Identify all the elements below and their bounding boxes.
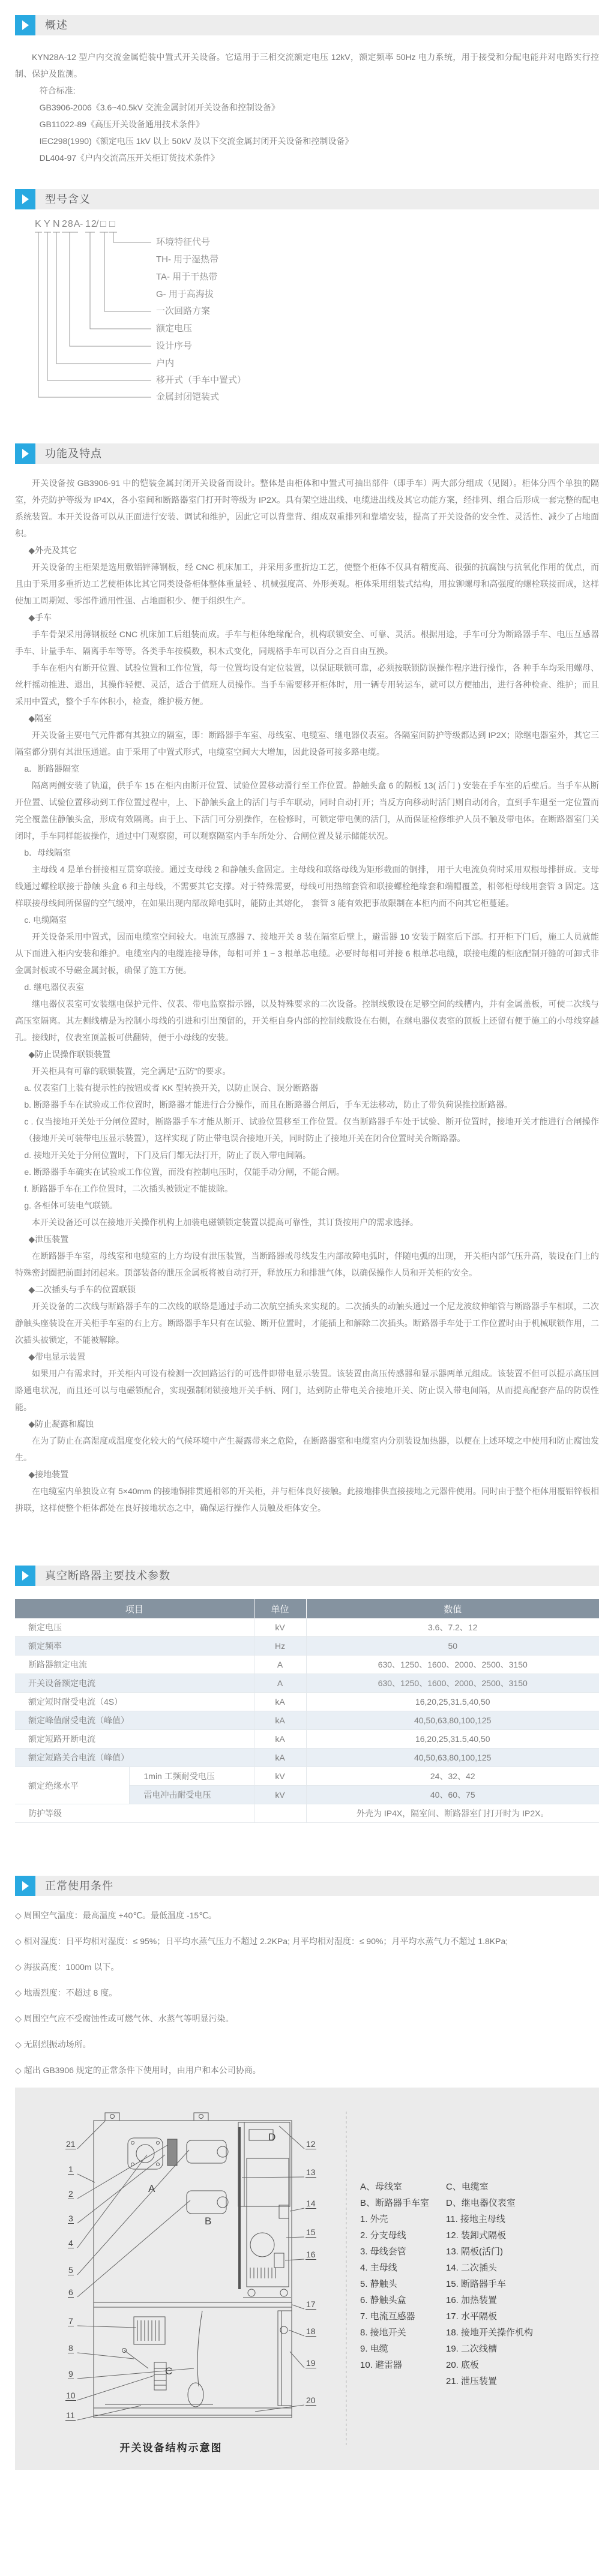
section-marker-icon xyxy=(15,443,35,464)
section-params: 真空断路器主要技术参数 项目 单位 数值 额定电压 kV 3.6、7.2、12 … xyxy=(0,1566,614,1823)
feature-paragraph: 如果用户有需求时，开关柜内可设有检测一次回路运行的可选件即带电显示装置。该装置由… xyxy=(15,1365,599,1416)
feature-paragraph: 开关设备采用中置式，因而电缆室空间较大。电流互感器 7、接地开关 8 装在隔室后… xyxy=(15,928,599,979)
feature-paragraph: 手车骨架采用薄钢板经 CNC 机床加工后组装而成。手车与柜体绝缘配合，机构联锁安… xyxy=(15,626,599,659)
callout-number: 19 xyxy=(305,2358,316,2368)
feature-paragraph: ◆带电显示装置 xyxy=(15,1348,599,1365)
model-code-diagram: KYN28A-12/□□ 环境特征代号TH- 用于湿热带TA- 用于干热带G- … xyxy=(0,218,614,417)
model-code-token: □ xyxy=(100,219,107,230)
feature-paragraph: b. 断路器手车在试验或工作位置时，断路器才能进行合分操作，而且在断路器合闸后，… xyxy=(15,1096,599,1113)
param-value: 40、60、75 xyxy=(306,1786,599,1804)
param-unit: kA xyxy=(254,1749,306,1767)
model-label: TH- 用于湿热带 xyxy=(156,254,218,266)
param-unit: kV xyxy=(254,1786,306,1804)
callout-number: 17 xyxy=(305,2299,316,2310)
model-code-token: / xyxy=(96,219,99,230)
legend-item: 1. 外壳 xyxy=(360,2211,429,2227)
param-value: 50 xyxy=(306,1637,599,1656)
standard-item: GB3906-2006《3.6~40.5kV 交流金属封闭开关设备和控制设备》 xyxy=(15,99,599,116)
feature-paragraph: g. 各柜体可装电气联锁。 xyxy=(15,1197,599,1214)
callout-number: 12 xyxy=(305,2139,316,2149)
callout-number: 18 xyxy=(305,2326,316,2337)
legend-item: D、继电器仪表室 xyxy=(446,2195,533,2211)
model-label: G- 用于高海拔 xyxy=(156,289,214,301)
model-code-lines xyxy=(0,218,614,417)
standards-label: 符合标准: xyxy=(15,82,599,99)
col-item: 项目 xyxy=(15,1599,254,1618)
param-item: 额定绝缘水平 xyxy=(15,1767,129,1804)
feature-paragraph: 开关设备的主柜架是选用敷铝锌薄钢板，经 CNC 机床加工，并采用多重折边工艺，使… xyxy=(15,559,599,609)
feature-paragraph: 手车在柜内有断开位置、试验位置和工作位置，每一位置均设有定位装置，以保证联锁可靠… xyxy=(15,659,599,710)
model-label: 移开式（手车中置式） xyxy=(156,374,246,386)
model-code-token: 12 xyxy=(85,219,97,230)
model-code-token: N xyxy=(53,219,61,230)
callout-number: 10 xyxy=(65,2391,76,2401)
feature-paragraph: d. 继电器仪表室 xyxy=(15,979,599,995)
param-unit: kV xyxy=(254,1767,306,1786)
param-item: 防护等级 xyxy=(15,1804,254,1823)
feature-paragraph: c . 仅当接地开关处于分闸位置时，断路器手车才能从断开、试验位置移至工作位置。… xyxy=(15,1113,599,1147)
section-header-conditions: 正常使用条件 xyxy=(15,1876,599,1896)
features-blocks: 开关设备按 GB3906-91 中的铠装金属封闭开关设备而设计。整体是由柜体和中… xyxy=(0,475,614,1516)
feature-paragraph: ◆泄压装置 xyxy=(15,1231,599,1247)
section-header-features: 功能及特点 xyxy=(15,443,599,464)
legend-item: 11. 接地主母线 xyxy=(446,2211,533,2227)
feature-paragraph: ◆防止凝露和腐蚀 xyxy=(15,1416,599,1432)
legend-item: 4. 主母线 xyxy=(360,2260,429,2276)
feature-paragraph: 开关柜具有可靠的联锁装置，完全满足“五防”的要求。 xyxy=(15,1063,599,1079)
param-value: 630、1250、1600、2000、2500、3150 xyxy=(306,1656,599,1674)
model-code-token: 28A xyxy=(62,219,80,230)
callout-number: 8 xyxy=(68,2343,74,2353)
feature-paragraph: a. 仪表室门上装有提示性的按钮或者 KK 型转换开关，以防止误合、误分断路器 xyxy=(15,1079,599,1096)
feature-paragraph: 开关设备的二次线与断路器手车的二次线的联络是通过手动二次航空插头来实现的。二次插… xyxy=(15,1298,599,1348)
section-title: 正常使用条件 xyxy=(35,1876,113,1896)
feature-paragraph: 开关设备按 GB3906-91 中的铠装金属封闭开关设备而设计。整体是由柜体和中… xyxy=(15,475,599,542)
feature-paragraph: ◆接地装置 xyxy=(15,1466,599,1483)
param-value: 16,20,25,31.5,40,50 xyxy=(306,1730,599,1749)
section-overview: 概述 KYN28A-12 型户内交流金属铠装中置式开关设备。它适用于三相交流额定… xyxy=(0,0,614,166)
param-unit: A xyxy=(254,1674,306,1693)
overview-intro: KYN28A-12 型户内交流金属铠装中置式开关设备。它适用于三相交流额定电压 … xyxy=(15,49,599,82)
feature-paragraph: 本开关设备还可以在接地开关操作机构上加装电磁锁锁定装置以提高可靠性，其订货按用户… xyxy=(15,1214,599,1231)
param-item: 额定峰值耐受电流（峰值） xyxy=(15,1711,254,1730)
triangle-icon xyxy=(22,449,29,458)
callout-number: 11 xyxy=(65,2410,76,2421)
feature-paragraph: ◆外壳及其它 xyxy=(15,542,599,559)
table-row: 额定电压 kV 3.6、7.2、12 xyxy=(15,1618,599,1637)
feature-paragraph: b．母线隔室 xyxy=(15,844,599,861)
legend-item: 7. 电流互感器 xyxy=(360,2308,429,2325)
section-header-params: 真空断路器主要技术参数 xyxy=(15,1566,599,1586)
legend-item: 19. 二次线槽 xyxy=(446,2341,533,2357)
legend-item: 6. 静触头盒 xyxy=(360,2292,429,2308)
legend-item: 21. 泄压装置 xyxy=(446,2373,533,2389)
legend-left-column: A、母线室B、断路器手车室1. 外壳2. 分支母线3. 母线套管4. 主母线5.… xyxy=(360,2179,429,2373)
legend-item: 8. 接地开关 xyxy=(360,2325,429,2341)
param-value: 外壳为 IP4X，隔室间、断路器室门打开时为 IP2X。 xyxy=(306,1804,599,1823)
param-value: 24、32、42 xyxy=(306,1767,599,1786)
param-item: 断路器额定电流 xyxy=(15,1656,254,1674)
params-table: 项目 单位 数值 额定电压 kV 3.6、7.2、12 额定频率 Hz 50 断… xyxy=(15,1599,599,1823)
feature-paragraph: ◆二次插头与手车的位置联锁 xyxy=(15,1281,599,1298)
callout-number: 13 xyxy=(305,2167,316,2178)
feature-paragraph: 继电器仪表室可安装继电保护元件、仪表、带电监察指示器，以及特殊要求的二次设备。控… xyxy=(15,995,599,1046)
compartment-letter: B xyxy=(205,2216,211,2227)
legend-item: 16. 加热装置 xyxy=(446,2292,533,2308)
compartment-letter: A xyxy=(148,2184,155,2194)
standards-list: GB3906-2006《3.6~40.5kV 交流金属封闭开关设备和控制设备》G… xyxy=(0,99,614,166)
section-title: 真空断路器主要技术参数 xyxy=(35,1566,170,1586)
triangle-icon xyxy=(22,1571,29,1581)
feature-paragraph: e. 断路器手车确实在试验或工作位置，而没有控制电压时，仅能手动分闸，不能合闸。 xyxy=(15,1163,599,1180)
param-subitem: 1min 工频耐受电压 xyxy=(129,1767,254,1786)
callout-number: 2 xyxy=(68,2189,74,2199)
param-value: 630、1250、1600、2000、2500、3150 xyxy=(306,1674,599,1693)
triangle-icon xyxy=(22,1881,29,1891)
feature-paragraph: 隔离两侧安装了轨道，供手车 15 在柜内由断开位置、试验位置移动滑行至工作位置。… xyxy=(15,777,599,844)
compartment-letter: D xyxy=(268,2132,275,2143)
feature-paragraph: ◆隔室 xyxy=(15,710,599,727)
col-unit: 单位 xyxy=(254,1599,306,1618)
callout-number: 4 xyxy=(68,2238,74,2248)
legend-item: 15. 断路器手车 xyxy=(446,2276,533,2292)
param-unit: kA xyxy=(254,1693,306,1711)
condition-item: ◇ 周围空气温度：最高温度 +40℃。最低温度 -15℃。 xyxy=(15,1907,599,1924)
model-label: 金属封闭铠装式 xyxy=(156,391,219,403)
legend-item: 10. 避雷器 xyxy=(360,2357,429,2373)
model-label: TA- 用于干热带 xyxy=(156,271,217,283)
model-label: 户内 xyxy=(156,358,174,370)
standard-item: GB11022-89《高压开关设备通用技术条件》 xyxy=(15,116,599,133)
legend-item: 20. 底板 xyxy=(446,2357,533,2373)
drawing-caption: 开关设备结构示意图 xyxy=(51,2439,291,2454)
param-item: 额定电压 xyxy=(15,1618,254,1637)
section-conditions: 正常使用条件 ◇ 周围空气温度：最高温度 +40℃。最低温度 -15℃。◇ 相对… xyxy=(0,1876,614,2079)
feature-paragraph: a．断路器隔室 xyxy=(15,760,599,777)
triangle-icon xyxy=(22,194,29,204)
feature-paragraph: d. 接地开关处于分闸位置时，下门及后门都无法打开，防止了误入带电间隔。 xyxy=(15,1147,599,1163)
condition-item: ◇ 相对湿度：日平均相对湿度：≤ 95%；日平均水蒸气压力不超过 2.2KPa;… xyxy=(15,1933,599,1950)
param-item: 开关设备额定电流 xyxy=(15,1674,254,1693)
callout-number: 20 xyxy=(305,2395,316,2406)
table-row: 额定峰值耐受电流（峰值） kA 40,50,63,80,100,125 xyxy=(15,1711,599,1730)
callout-number: 5 xyxy=(68,2265,74,2275)
callout-number: 9 xyxy=(68,2369,74,2379)
callout-number: 7 xyxy=(68,2316,74,2326)
compartment-letter: C xyxy=(165,2366,172,2377)
model-code-token: □ xyxy=(109,219,116,230)
feature-paragraph: 在为了防止在高湿度或温度变化较大的气候环境中产生凝露带来之危险，在断路器室和电缆… xyxy=(15,1432,599,1466)
legend-item: 17. 水平隔板 xyxy=(446,2308,533,2325)
model-label: 一次回路方案 xyxy=(156,305,210,317)
param-item: 额定短路开断电流 xyxy=(15,1730,254,1749)
col-value: 数值 xyxy=(306,1599,599,1618)
param-unit: Hz xyxy=(254,1637,306,1656)
param-value: 16,20,25,31.5,40,50 xyxy=(306,1693,599,1711)
model-code-token: Y xyxy=(44,219,51,230)
legend-item: A、母线室 xyxy=(360,2179,429,2195)
table-row: 额定短路关合电流（峰值） kA 40,50,63,80,100,125 xyxy=(15,1749,599,1767)
params-body: 额定电压 kV 3.6、7.2、12 额定频率 Hz 50 断路器额定电流 A … xyxy=(15,1618,599,1767)
conditions-list: ◇ 周围空气温度：最高温度 +40℃。最低温度 -15℃。◇ 相对湿度：日平均相… xyxy=(15,1907,599,2079)
param-value: 40,50,63,80,100,125 xyxy=(306,1749,599,1767)
legend-item: 12. 装卸式隔板 xyxy=(446,2227,533,2244)
section-marker-icon xyxy=(15,1876,35,1896)
callout-number: 1 xyxy=(68,2164,74,2175)
callout-number: 21 xyxy=(65,2139,76,2149)
table-row: 断路器额定电流 A 630、1250、1600、2000、2500、3150 xyxy=(15,1656,599,1674)
section-header-overview: 概述 xyxy=(15,15,599,35)
legend-right-column: C、电缆室D、继电器仪表室11. 接地主母线12. 装卸式隔板13. 隔板(活门… xyxy=(446,2179,533,2389)
feature-paragraph: 开关设备主要电气元件都有其独立的隔室，即：断路器手车室、母线室、电缆室、继电器仪… xyxy=(15,727,599,760)
table-row-protection: 防护等级 外壳为 IP4X，隔室间、断路器室门打开时为 IP2X。 xyxy=(15,1804,599,1823)
param-item: 额定频率 xyxy=(15,1637,254,1656)
legend-item: C、电缆室 xyxy=(446,2179,533,2195)
param-unit: A xyxy=(254,1656,306,1674)
param-subitem: 雷电冲击耐受电压 xyxy=(129,1786,254,1804)
param-item: 额定短时耐受电流（4S） xyxy=(15,1693,254,1711)
section-title: 功能及特点 xyxy=(35,443,102,464)
legend-item: 14. 二次插头 xyxy=(446,2260,533,2276)
section-marker-icon xyxy=(15,15,35,35)
condition-item: ◇ 海拔高度：1000m 以下。 xyxy=(15,1959,599,1976)
section-marker-icon xyxy=(15,1566,35,1586)
table-row: 额定频率 Hz 50 xyxy=(15,1637,599,1656)
callout-number: 16 xyxy=(305,2250,316,2260)
param-unit: kA xyxy=(254,1730,306,1749)
model-label: 额定电压 xyxy=(156,323,192,335)
feature-paragraph: ◆防止误操作联锁装置 xyxy=(15,1046,599,1063)
legend-item: 9. 电缆 xyxy=(360,2341,429,2357)
feature-paragraph: c. 电缆隔室 xyxy=(15,911,599,928)
feature-paragraph: ◆手车 xyxy=(15,609,599,626)
feature-paragraph: 主母线 4 是单台拼接相互贯穿联接。通过支母线 2 和静触头盒固定。主母线和联络… xyxy=(15,861,599,911)
section-title: 型号含义 xyxy=(35,189,91,209)
triangle-icon xyxy=(22,20,29,30)
model-code-token: - xyxy=(80,219,83,230)
section-marker-icon xyxy=(15,189,35,209)
condition-item: ◇ 无剧烈振动场所。 xyxy=(15,2036,599,2053)
param-unit: kA xyxy=(254,1711,306,1730)
table-row-insulation-1: 额定绝缘水平 1min 工频耐受电压 kV 24、32、42 xyxy=(15,1767,599,1786)
model-label: 环境特征代号 xyxy=(156,236,210,248)
section-features: 功能及特点 开关设备按 GB3906-91 中的铠装金属封闭开关设备而设计。整体… xyxy=(0,443,614,1516)
feature-paragraph: f. 断路器手车在工作位置时，二次插头被锁定不能拔除。 xyxy=(15,1180,599,1197)
section-header-model: 型号含义 xyxy=(15,189,599,209)
table-row: 开关设备额定电流 A 630、1250、1600、2000、2500、3150 xyxy=(15,1674,599,1693)
param-value: 40,50,63,80,100,125 xyxy=(306,1711,599,1730)
condition-item: ◇ 周围空气应不受腐蚀性或可燃气体、水蒸气等明显污染。 xyxy=(15,2010,599,2028)
structure-diagram-panel: 211234567891011121314151617181920 ABCD A… xyxy=(15,2088,599,2470)
param-item: 额定短路关合电流（峰值） xyxy=(15,1749,254,1767)
legend-item: 2. 分支母线 xyxy=(360,2227,429,2244)
standard-item: DL404-97《户内交流高压开关柜订货技术条件》 xyxy=(15,149,599,166)
legend-item: B、断路器手车室 xyxy=(360,2195,429,2211)
callout-number: 3 xyxy=(68,2214,74,2224)
standard-item: IEC298(1990)《额定电压 1kV 以上 50kV 及以下交流金属封闭开… xyxy=(15,133,599,149)
feature-paragraph: 在电缆室内单独设立有 5×40mm 的接地铜排贯通相邻的开关柜，并与柜体良好接触… xyxy=(15,1483,599,1516)
param-unit: kV xyxy=(254,1618,306,1637)
model-label: 设计序号 xyxy=(156,340,192,352)
feature-paragraph: 在断路器手车室，母线室和电缆室的上方均设有泄压装置，当断路器或母线发生内部故障电… xyxy=(15,1247,599,1281)
legend-item: 5. 静触头 xyxy=(360,2276,429,2292)
legend-item: 3. 母线套管 xyxy=(360,2244,429,2260)
condition-item: ◇ 地震烈度：不超过 8 度。 xyxy=(15,1984,599,2002)
condition-item: ◇ 超出 GB3906 规定的正常条件下使用时，由用户和本公司协商。 xyxy=(15,2062,599,2079)
table-row: 额定短时耐受电流（4S） kA 16,20,25,31.5,40,50 xyxy=(15,1693,599,1711)
callout-number: 6 xyxy=(68,2287,74,2298)
section-title: 概述 xyxy=(35,15,68,35)
param-unit xyxy=(254,1804,306,1823)
model-code-token: K xyxy=(35,219,42,230)
callout-number: 15 xyxy=(305,2227,316,2238)
callout-number: 14 xyxy=(305,2199,316,2209)
param-value: 3.6、7.2、12 xyxy=(306,1618,599,1637)
table-row: 额定短路开断电流 kA 16,20,25,31.5,40,50 xyxy=(15,1730,599,1749)
section-model: 型号含义 KYN28A-12/□□ 环境特征代号TH- 用于湿热带TA- 用于干… xyxy=(0,189,614,417)
legend-item: 13. 隔板(活门) xyxy=(446,2244,533,2260)
params-header-row: 项目 单位 数值 xyxy=(15,1599,599,1618)
legend-item: 18. 接地开关操作机构 xyxy=(446,2325,533,2341)
